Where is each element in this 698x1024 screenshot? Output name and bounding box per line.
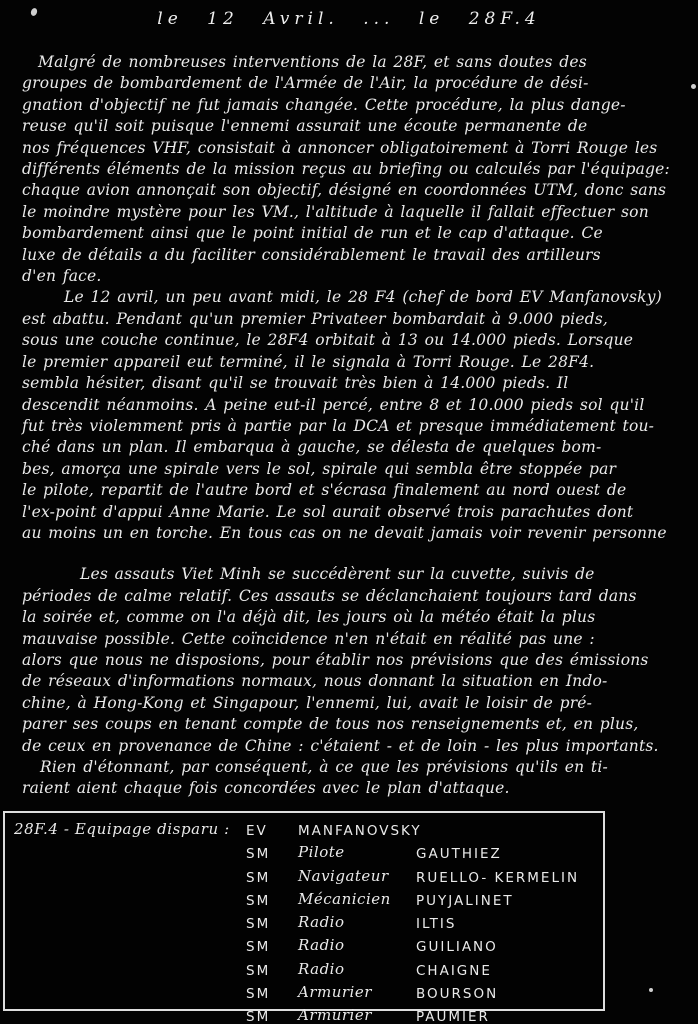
text-line: le pilote, repartit de l'autre bord et s… [22,480,684,501]
crew-row: SM Armurier PAUMIER [246,1005,603,1024]
crew-row: SM Radio ILTIS [246,912,603,935]
text-line: Les assauts Viet Minh se succédèrent sur… [22,564,684,585]
crew-rank: SM [246,959,298,982]
crew-name: BOURSON [416,982,603,1005]
crew-row: SM Navigateur RUELLO- KERMELIN [246,866,603,889]
crew-name: RUELLO- KERMELIN [416,866,603,889]
crew-name: MANFANOVSKY [298,819,603,842]
crew-name: CHAIGNE [416,959,603,982]
text-line: groupes de bombardement de l'Armée de l'… [22,73,684,94]
crew-name: PUYJALINET [416,889,603,912]
text-line: luxe de détails a du faciliter considéra… [22,245,684,266]
text-line: l'ex-point d'appui Anne Marie. Le sol au… [22,502,684,523]
text-line: différents éléments de la mission reçus … [22,159,684,180]
crew-role: Radio [298,935,416,958]
crew-name: GUILIANO [416,935,603,958]
paragraph-4: Rien d'étonnant, par conséquent, à ce qu… [22,757,684,800]
text-line: au moins un en torche. En tous cas on ne… [22,523,684,544]
crew-row: EV MANFANOVSKY [246,819,603,842]
text-line: chaque avion annonçait son objectif, dés… [22,180,684,201]
text-line: de réseaux d'informations normaux, nous … [22,671,684,692]
text-line: chine, à Hong-Kong et Singapour, l'ennem… [22,693,684,714]
text-line: descendit néanmoins. A peine eut-il perc… [22,395,684,416]
crew-role: Armurier [298,1005,416,1024]
text-line: est abattu. Pendant qu'un premier Privat… [22,309,684,330]
text-line: mauvaise possible. Cette coïncidence n'e… [22,629,684,650]
crew-rank: SM [246,982,298,1005]
text-line: sembla hésiter, disant qu'il se trouvait… [22,373,684,394]
crew-box-label: 28F.4 - Equipage disparu : [14,818,246,1009]
crew-rank: SM [246,866,298,889]
paragraph-3: Les assauts Viet Minh se succédèrent sur… [22,564,684,757]
crew-row: SM Pilote GAUTHIEZ [246,842,603,865]
text-line: fut très violemment pris à partie par la… [22,416,684,437]
text-line: bes, amorça une spirale vers le sol, spi… [22,459,684,480]
text-line: reuse qu'il soit puisque l'ennemi assura… [22,116,684,137]
crew-rank: SM [246,935,298,958]
crew-role: Pilote [298,842,416,865]
scanned-page: le 12 Avril. ... le 28F.4 Malgré de nomb… [0,0,698,1024]
crew-row: SM Mécanicien PUYJALINET [246,889,603,912]
scan-speck [649,988,653,992]
crew-list: EV MANFANOVSKY SM Pilote GAUTHIEZ SM Nav… [246,818,603,1009]
text-line: parer ses coups en tenant compte de tous… [22,714,684,735]
text-line: le premier appareil eut terminé, il le s… [22,352,684,373]
text-line: alors que nous ne disposions, pour établ… [22,650,684,671]
crew-rank: SM [246,889,298,912]
crew-row: SM Armurier BOURSON [246,982,603,1005]
crew-rank: SM [246,842,298,865]
crew-name: ILTIS [416,912,603,935]
crew-role: Mécanicien [298,889,416,912]
scan-speck [691,84,696,89]
crew-rank: EV [246,819,298,842]
text-line: d'en face. [22,266,684,287]
page-title: le 12 Avril. ... le 28F.4 [0,0,698,29]
crew-row: SM Radio CHAIGNE [246,959,603,982]
text-line: gnation d'objectif ne fut jamais changée… [22,95,684,116]
crew-rank: SM [246,912,298,935]
crew-name: PAUMIER [416,1005,603,1024]
text-line: bombardement ainsi que le point initial … [22,223,684,244]
text-line: raient aient chaque fois concordées avec… [22,778,684,799]
text-line: ché dans un plan. Il embarqua à gauche, … [22,437,684,458]
crew-role: Navigateur [298,866,416,889]
paragraph-2: Le 12 avril, un peu avant midi, le 28 F4… [22,287,684,544]
text-line: Rien d'étonnant, par conséquent, à ce qu… [22,757,684,778]
crew-role: Radio [298,959,416,982]
crew-rank: SM [246,1005,298,1024]
crew-box: 28F.4 - Equipage disparu : EV MANFANOVSK… [3,811,605,1011]
text-line: de ceux en provenance de Chine : c'étaie… [22,736,684,757]
handwritten-text: Malgré de nombreuses interventions de la… [0,29,698,800]
text-line: Le 12 avril, un peu avant midi, le 28 F4… [22,287,684,308]
text-line: sous une couche continue, le 28F4 orbita… [22,330,684,351]
crew-name: GAUTHIEZ [416,842,603,865]
paragraph-1: Malgré de nombreuses interventions de la… [22,52,684,287]
crew-role: Armurier [298,982,416,1005]
text-line: Malgré de nombreuses interventions de la… [22,52,684,73]
crew-row: SM Radio GUILIANO [246,935,603,958]
text-line: la soirée et, comme on l'a déjà dit, les… [22,607,684,628]
text-line: le moindre mystère pour les VM., l'altit… [22,202,684,223]
crew-role: Radio [298,912,416,935]
text-line: nos fréquences VHF, consistait à annonce… [22,138,684,159]
text-line: périodes de calme relatif. Ces assauts s… [22,586,684,607]
